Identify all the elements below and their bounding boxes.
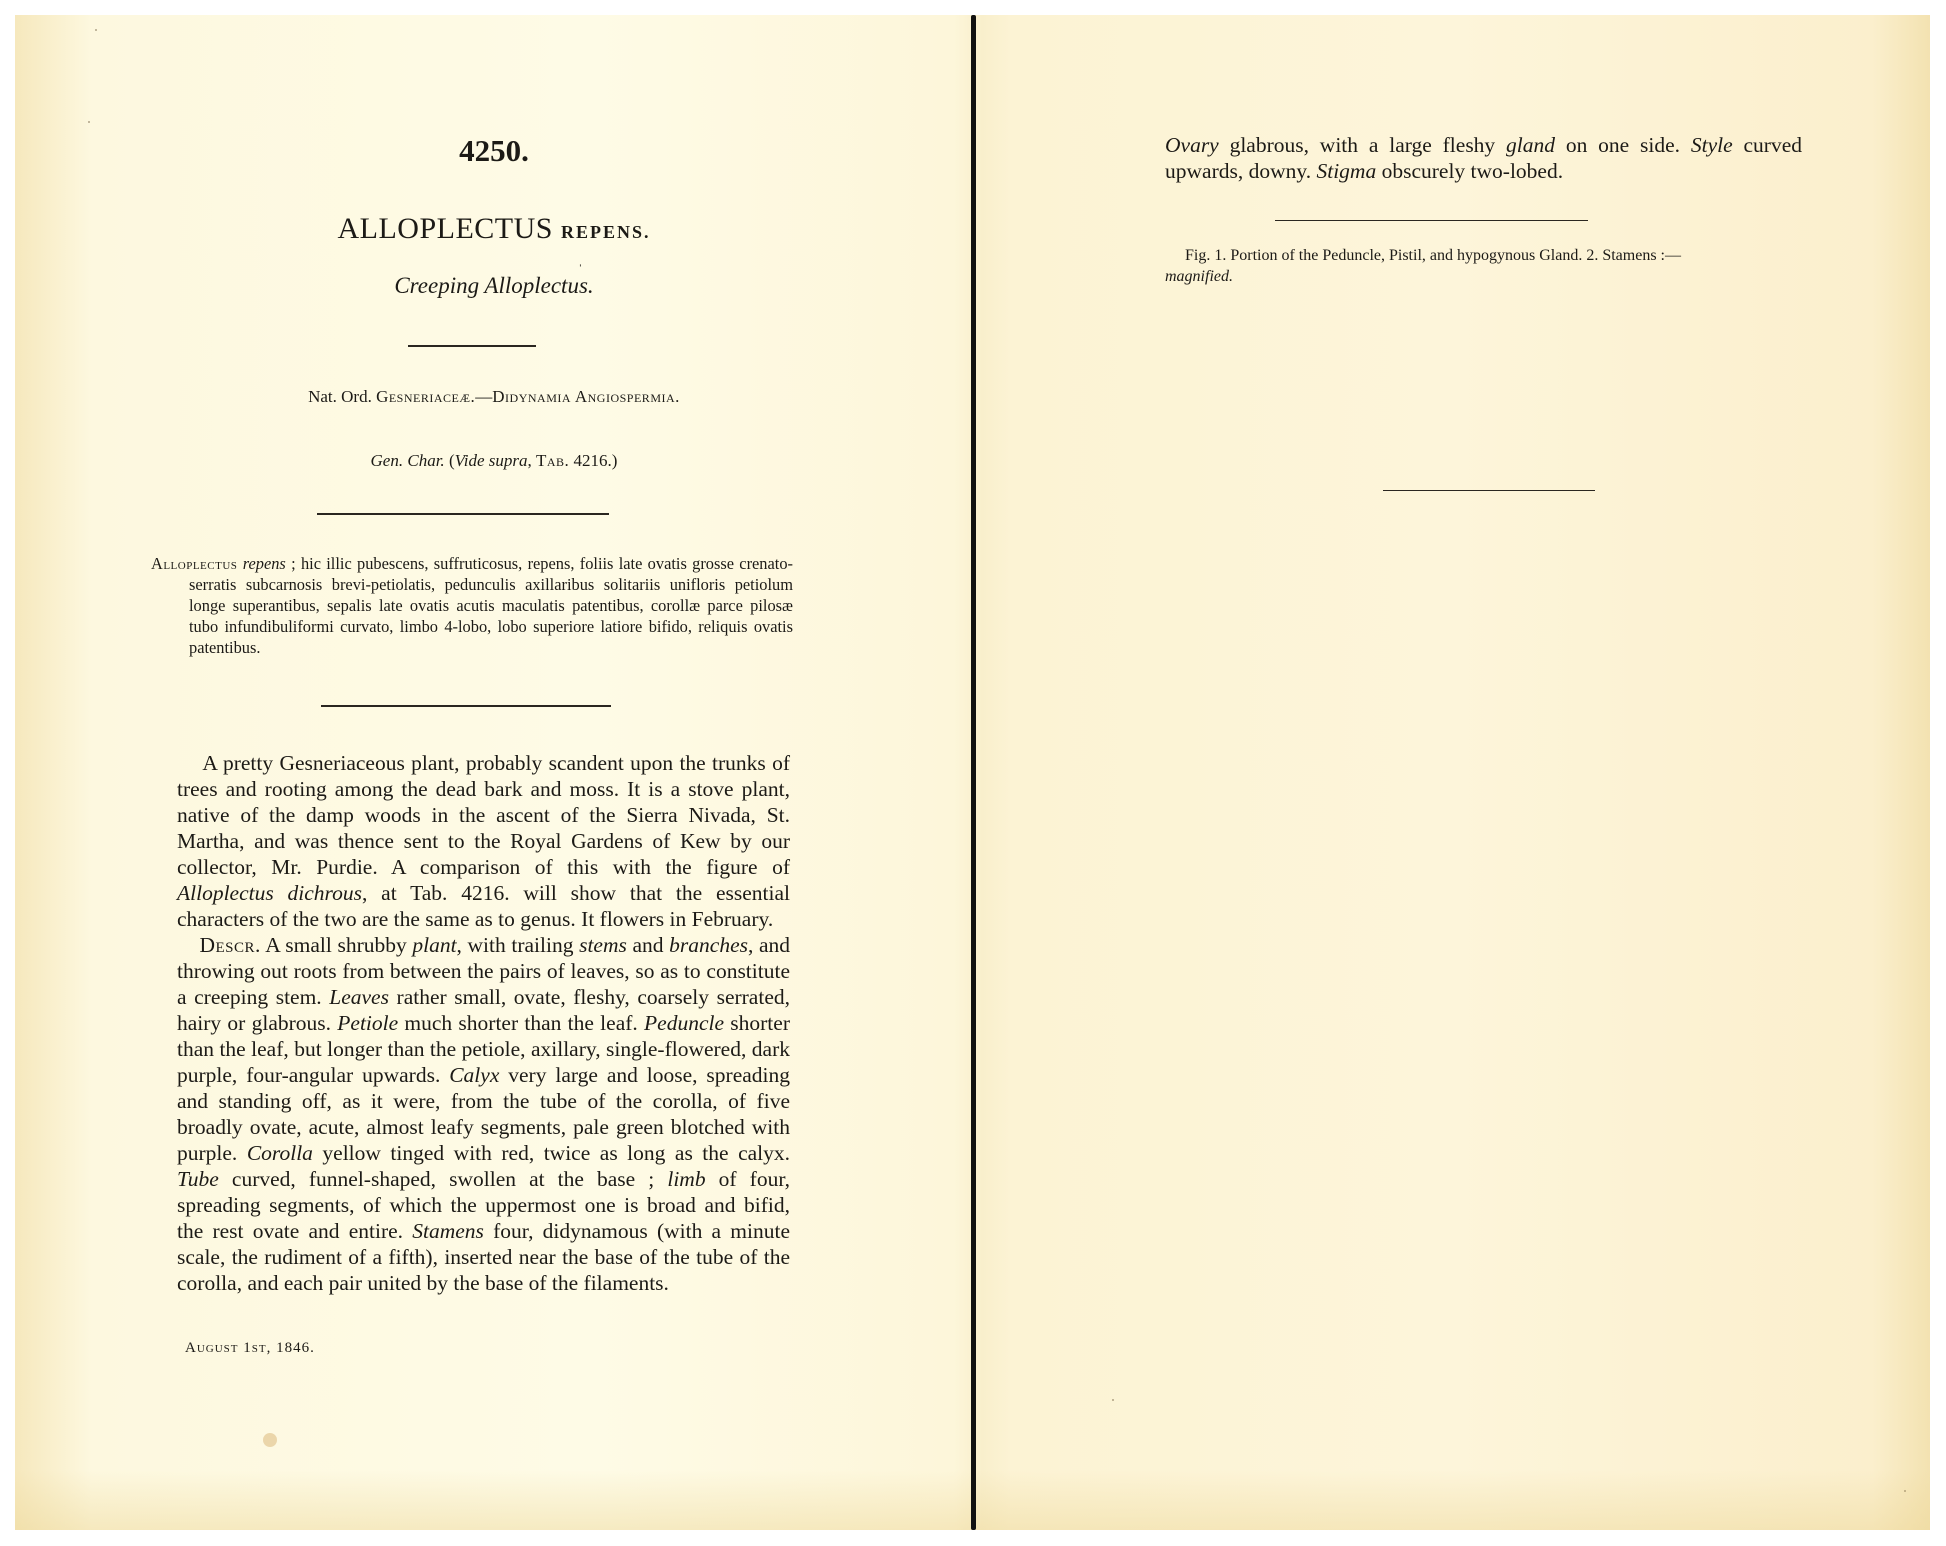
separator-rule-right-1 (1275, 220, 1588, 221)
separator-rule-3 (321, 705, 611, 707)
paragraph-introduction: A pretty Gesneriaceous plant, probably s… (177, 750, 790, 932)
generic-character: Gen. Char. (Vide supra, Tab. 4216.) (15, 451, 973, 471)
separator-rule-1 (408, 345, 536, 347)
speck (95, 29, 97, 31)
description-body: A pretty Gesneriaceous plant, probably s… (177, 750, 790, 1296)
species-epithet: REPENS. (561, 222, 651, 242)
linnaean-class: Didynamia Angiospermia. (492, 387, 680, 406)
plate-number: 4250. (15, 133, 973, 169)
speck (1112, 1399, 1114, 1401)
common-name: Creeping Alloplectus. (15, 273, 973, 299)
publication-date: August 1st, 1846. (185, 1340, 315, 1357)
right-page (977, 15, 1930, 1530)
paragraph-description: Descr. A small shrubby plant, with trail… (177, 932, 790, 1296)
species-title: ALLOPLECTUS REPENS. (15, 212, 973, 246)
left-page: 4250. ALLOPLECTUS REPENS. Creeping Allop… (15, 15, 973, 1530)
order-name: Gesneriaceæ. (376, 387, 475, 406)
separator-rule-right-2 (1383, 490, 1595, 491)
speck (1904, 1490, 1906, 1492)
separator-rule-2 (317, 513, 609, 515)
binding-gutter (971, 15, 976, 1530)
description-continuation: Ovary glabrous, with a large fleshy glan… (1165, 132, 1802, 184)
latin-diagnosis: Alloplectus repens ; hic illic pubescens… (151, 553, 793, 658)
natural-order: Nat. Ord. Gesneriaceæ.—Didynamia Angiosp… (15, 387, 973, 407)
foxing-spot (263, 1433, 277, 1447)
genus-name: ALLOPLECTUS (337, 212, 553, 245)
speck (88, 121, 90, 123)
figure-caption: Fig. 1. Portion of the Peduncle, Pistil,… (1165, 245, 1803, 287)
descr-label: Descr. (199, 933, 260, 957)
pencil-mark: ˈ (578, 263, 583, 279)
